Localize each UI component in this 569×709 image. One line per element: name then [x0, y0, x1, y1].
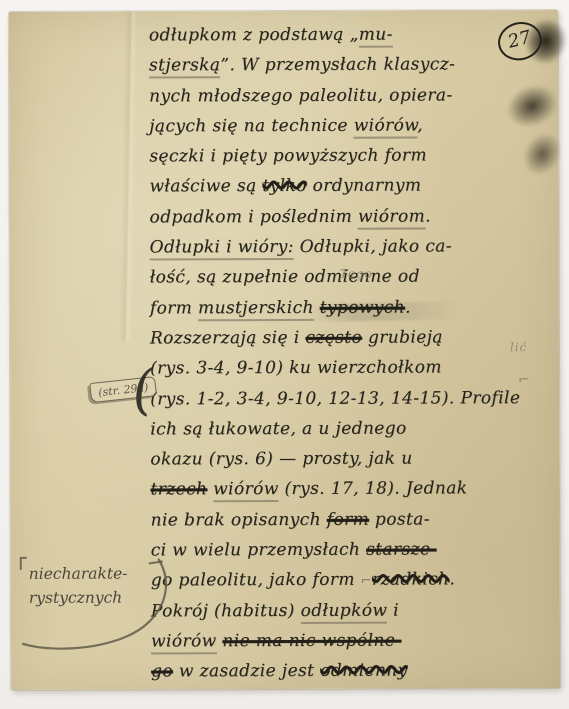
- manuscript-line: odłupkom z podstawą „mu-: [149, 19, 558, 51]
- manuscript-line: ci w wielu przemysłach starsze-: [151, 534, 560, 566]
- manuscript-line: go w zasadzie jest odmienny: [151, 655, 560, 687]
- manuscript-lines: odłupkom z podstawą „mu-stjerską”. W prz…: [149, 19, 560, 687]
- text-segment: sęczki i pięty powyższych form: [149, 146, 427, 167]
- manuscript-line: sęczki i pięty powyższych form: [149, 140, 558, 172]
- text-segment: mu-: [359, 25, 393, 48]
- manuscript-page: 27 odłupkom z podstawą „mu-stjerską”. W …: [9, 10, 560, 690]
- manuscript-line: (rys. 3-4, 9-10) ku wierzchołkom: [150, 352, 559, 384]
- text-segment: go paleolitu, jako form: [151, 570, 361, 591]
- text-segment: wiórów: [213, 479, 279, 502]
- text-segment: (rys. 3-4, 9-10) ku wierzchołkom: [150, 358, 442, 379]
- text-segment: Odłupki i wióry:: [150, 237, 294, 261]
- text-segment: wiórów: [354, 115, 418, 138]
- text-segment: łość, są zupełnie odmienne od: [150, 267, 420, 288]
- text-segment: ordynarnym: [307, 176, 422, 196]
- manuscript-line: stjerską”. W przemysłach klasycz-: [149, 49, 558, 81]
- margin-note-line2: rystycznych: [29, 586, 128, 610]
- manuscript-line: nie brak opisanych form posta-: [151, 504, 560, 536]
- text-segment: typowych: [320, 297, 405, 317]
- text-segment: właściwe są: [149, 177, 262, 197]
- margin-note: niecharakte- rystycznych: [17, 553, 167, 658]
- manuscript-line: Pokrój (habitus) odłupków i: [151, 595, 560, 627]
- text-segment: nie ma nic wspólne-: [222, 631, 401, 652]
- text-segment: stjerską: [149, 56, 220, 79]
- text-segment: ci w wielu przemysłach: [151, 540, 366, 561]
- text-segment: często: [305, 328, 362, 348]
- text-segment: .: [449, 570, 455, 590]
- text-segment: (rys. 17, 18). Jednak: [279, 479, 468, 500]
- manuscript-line: Rozszerzają się i często grubieją: [150, 322, 559, 354]
- text-segment: (rys. 1-2, 3-4, 9-10, 12-13, 14-15). Pro…: [150, 388, 520, 409]
- text-segment: ich są łukowate, a u jednego: [150, 418, 406, 439]
- margin-note-line1: niecharakte-: [29, 562, 128, 586]
- text-segment: tylko: [262, 176, 306, 196]
- paper-crease: [119, 11, 139, 341]
- text-segment: Rozszerzają się i: [150, 328, 306, 349]
- manuscript-line: (rys. 1-2, 3-4, 9-10, 12-13, 14-15). Pro…: [150, 383, 559, 415]
- text-segment: ,: [417, 115, 423, 135]
- text-segment: ”. W przemysłach klasycz-: [220, 55, 455, 76]
- margin-note-text: niecharakte- rystycznych: [29, 562, 128, 610]
- text-segment: jących się na technice: [149, 116, 354, 137]
- text-segment: starsze-: [366, 540, 437, 560]
- text-segment: rzadkich: [372, 570, 450, 590]
- text-segment: grubieją: [362, 327, 443, 347]
- faint-pencil-annotation: lić: [510, 340, 527, 354]
- manuscript-line: Odłupki i wióry: Odłupki, jako ca-: [150, 231, 559, 263]
- manuscript-line: ich są łukowate, a u jednego: [150, 413, 559, 445]
- scanned-document: 27 odłupkom z podstawą „mu-stjerską”. W …: [0, 0, 569, 709]
- text-segment: nie brak opisanych: [151, 510, 327, 531]
- text-segment: .: [425, 206, 431, 226]
- text-segment: nych młodszego paleolitu, opiera-: [149, 85, 453, 106]
- manuscript-line: wiórów nie ma nic wspólne-: [151, 625, 560, 657]
- text-segment: odłupkom z podstawą „: [149, 25, 359, 46]
- manuscript-line: form mustjerskich typowych.: [150, 292, 559, 324]
- text-segment: go: [151, 662, 173, 682]
- manuscript-line: właściwe są tylko ordynarnym: [149, 171, 558, 203]
- faint-pencil-annotation: Tego: [340, 267, 373, 281]
- manuscript-line: nych młodszego paleolitu, opiera-: [149, 80, 558, 112]
- insertion-mark: ⌐: [518, 372, 531, 388]
- text-segment: odmienny: [320, 661, 408, 681]
- text-segment: wiórom: [358, 206, 425, 229]
- manuscript-line: jących się na technice wiórów,: [149, 110, 558, 142]
- text-segment: okazu (rys. 6) — prosty, jak u: [150, 449, 412, 470]
- text-segment: mustjerskich: [198, 298, 314, 321]
- manuscript-line: go paleolitu, jako form ⌐rzadkich.: [151, 564, 560, 596]
- text-segment: Odłupki, jako ca-: [294, 236, 452, 257]
- text-segment: posta-: [369, 509, 430, 529]
- text-segment: trzech: [150, 480, 207, 500]
- text-segment: odłupków: [301, 600, 388, 623]
- text-segment: w zasadzie jest: [173, 661, 320, 682]
- manuscript-line: odpadkom i poślednim wiórom.: [149, 201, 558, 233]
- text-segment: Pokrój (habitus): [151, 601, 301, 622]
- text-segment: form: [327, 509, 369, 529]
- margin-parenthesis: (: [130, 363, 155, 418]
- manuscript-line: trzech wiórów (rys. 17, 18). Jednak: [150, 473, 559, 505]
- manuscript-line: okazu (rys. 6) — prosty, jak u: [150, 443, 559, 475]
- text-segment: form: [150, 298, 198, 318]
- text-segment: odpadkom i poślednim: [150, 207, 359, 228]
- text-segment: ⌐: [361, 574, 372, 589]
- text-segment: .: [405, 297, 411, 317]
- text-segment: [207, 480, 213, 500]
- text-segment: i: [387, 600, 399, 620]
